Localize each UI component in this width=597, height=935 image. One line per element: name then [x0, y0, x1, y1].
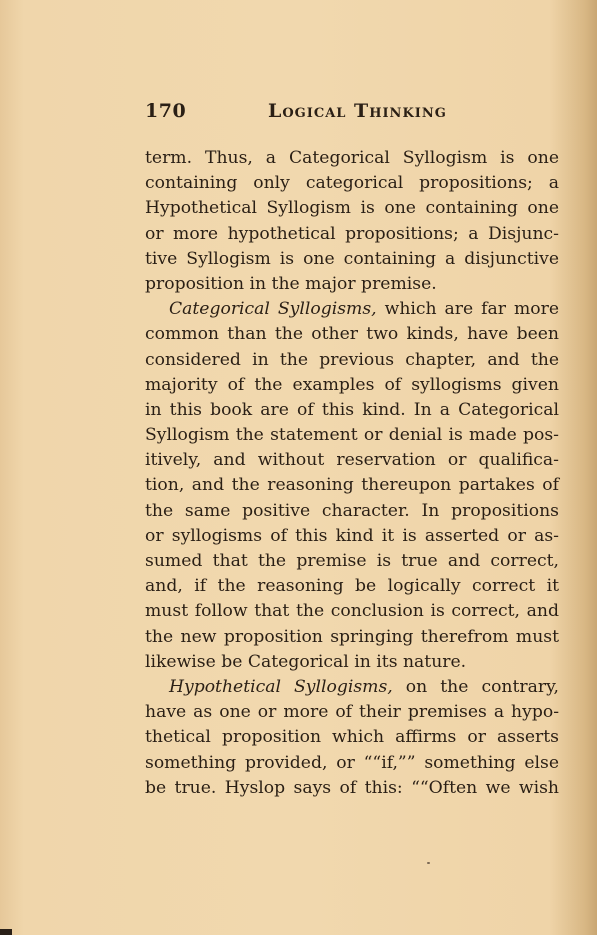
- text-line: the same positive character. In proposit…: [145, 499, 559, 524]
- italic-term: Hypothetical Syllogisms,: [169, 677, 393, 697]
- paragraph-syllogism-types: term. Thus, a Categorical Syllogism is o…: [145, 146, 559, 297]
- paragraph-categorical-syllogisms: Categorical Syllogisms, which are far mo…: [145, 297, 559, 675]
- text-line: and, if the reasoning be logically corre…: [145, 574, 559, 599]
- running-head-title: Logical Thinking: [268, 100, 447, 122]
- text-line: Hypothetical Syllogism is one containing…: [145, 196, 559, 221]
- paper-speck: [427, 862, 430, 864]
- body-text: term. Thus, a Categorical Syllogism is o…: [145, 146, 559, 801]
- text-line: common than the other two kinds, have be…: [145, 322, 559, 347]
- text-line: Syllogism the statement or denial is mad…: [145, 423, 559, 448]
- text-line: term. Thus, a Categorical Syllogism is o…: [145, 146, 559, 171]
- text-line: thetical proposition which affirms or as…: [145, 725, 559, 750]
- text-line: majority of the examples of syllogisms g…: [145, 373, 559, 398]
- text-line: tion, and the reasoning thereupon partak…: [145, 473, 559, 498]
- text-line: Hypothetical Syllogisms, on the contrary…: [145, 675, 559, 700]
- text-line: Categorical Syllogisms, which are far mo…: [145, 297, 559, 322]
- text-line: likewise be Categorical in its nature.: [145, 650, 559, 675]
- text-line: itively, and without reservation or qual…: [145, 448, 559, 473]
- text-line: have as one or more of their premises a …: [145, 700, 559, 725]
- page-corner-shadow: [0, 929, 12, 935]
- text-line: be true. Hyslop says of this: ““Often we…: [145, 776, 559, 801]
- text-line: must follow that the conclusion is corre…: [145, 599, 559, 624]
- text-line: sumed that the premise is true and corre…: [145, 549, 559, 574]
- paragraph-hypothetical-syllogisms: Hypothetical Syllogisms, on the contrary…: [145, 675, 559, 801]
- text-line: something provided, or ““if,”” something…: [145, 751, 559, 776]
- running-head: 170 Logical Thinking: [145, 100, 565, 130]
- italic-term: Categorical Syllogisms,: [169, 299, 377, 319]
- text-line: proposition in the major premise.: [145, 272, 559, 297]
- text-line: tive Syllogism is one containing a disju…: [145, 247, 559, 272]
- text-line: in this book are of this kind. In a Cate…: [145, 398, 559, 423]
- page-number: 170: [145, 100, 186, 122]
- text-line: or syllogisms of this kind it is asserte…: [145, 524, 559, 549]
- text-line: or more hypothetical propositions; a Dis…: [145, 222, 559, 247]
- text-line: containing only categorical propositions…: [145, 171, 559, 196]
- text-line: the new proposition springing therefrom …: [145, 625, 559, 650]
- book-page: 170 Logical Thinking term. Thus, a Categ…: [0, 0, 597, 935]
- text-line: considered in the previous chapter, and …: [145, 348, 559, 373]
